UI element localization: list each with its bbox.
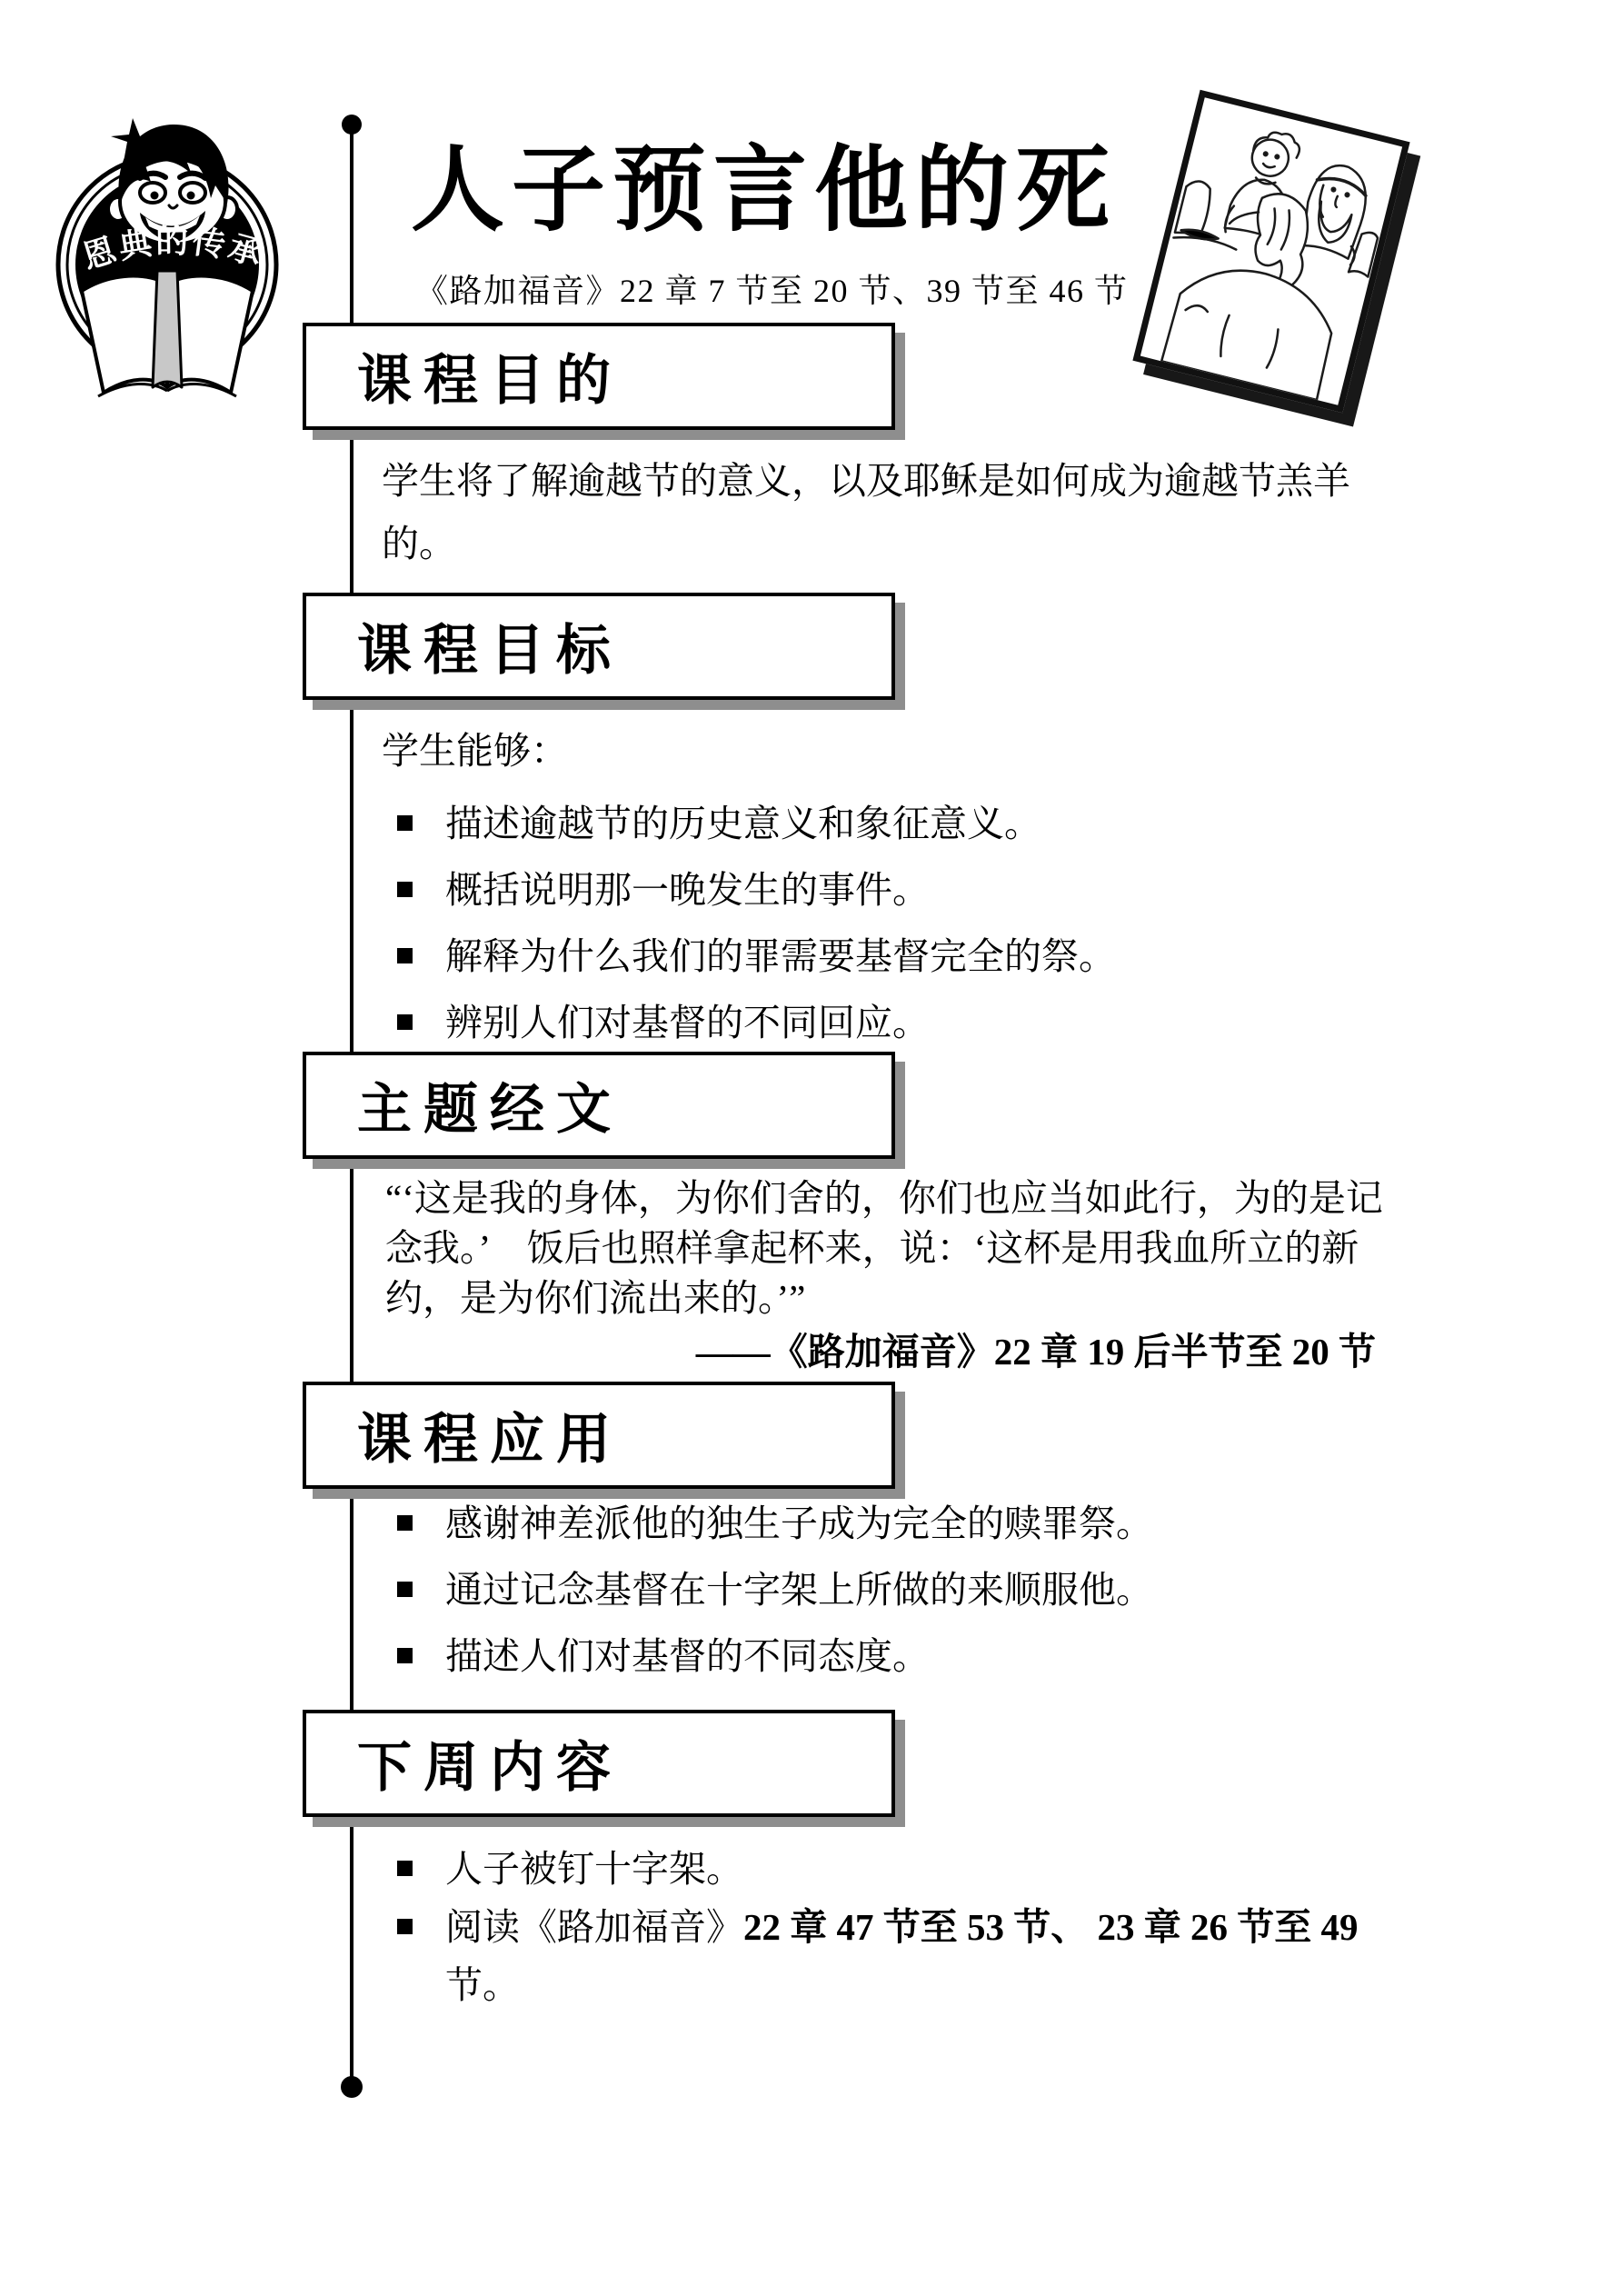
bullet-square-icon [397, 815, 413, 831]
objectives-block: 学生能够： 描述逾越节的历史意义和象征意义。 概括说明那一晚发生的事件。 解释为… [382, 725, 1381, 1046]
reading-references: 22 章 47 节至 53 节、 23 章 26 节至 49 [743, 1906, 1359, 1948]
last-supper-illustration [1140, 97, 1402, 404]
bullet-text: 辨别人们对基督的不同回应。 [445, 999, 1381, 1046]
list-item: 人子被钉十字架。 [382, 1840, 1399, 1898]
scripture-block: “‘这是我的身体，为你们舍的，你们也应当如此行，为的是记念我。’ 饭后也照样拿起… [385, 1173, 1389, 1377]
section-heading-objectives: 课程目标 [357, 607, 622, 685]
list-item: 描述人们对基督的不同态度。 [382, 1632, 1381, 1680]
bullet-square-icon [397, 1919, 413, 1934]
list-item: 辨别人们对基督的不同回应。 [382, 999, 1381, 1046]
timeline-dot-bottom [341, 2076, 363, 2098]
reading-assignment: 阅读《路加福音》22 章 47 节至 53 节、 23 章 26 节至 49节。 [445, 1898, 1399, 2014]
lesson-page: 恩典的传承 人子预言他的死 《路加福音》22 章 7 节至 20 节、39 节至… [0, 0, 1623, 2296]
scripture-quote: “‘这是我的身体，为你们舍的，你们也应当如此行，为的是记念我。’ 饭后也照样拿起… [385, 1173, 1389, 1323]
bullet-text: 通过记念基督在十字架上所做的来顺服他。 [445, 1566, 1381, 1613]
bullet-square-icon [397, 882, 413, 897]
bullet-text: 人子被钉十字架。 [445, 1840, 1399, 1898]
section-heading-box-next-week: 下周内容 [303, 1710, 895, 1817]
section-heading-box-application: 课程应用 [303, 1382, 895, 1489]
bullet-text: 解释为什么我们的罪需要基督完全的祭。 [445, 933, 1381, 980]
section-heading-purpose: 课程目的 [357, 337, 622, 415]
section-heading-box-scripture: 主题经文 [303, 1052, 895, 1159]
bullet-text: 描述逾越节的历史意义和象征意义。 [445, 800, 1381, 847]
objectives-list: 描述逾越节的历史意义和象征意义。 概括说明那一晚发生的事件。 解释为什么我们的罪… [382, 800, 1381, 1046]
application-block: 感谢神差派他的独生子成为完全的赎罪祭。 通过记念基督在十字架上所做的来顺服他。 … [382, 1500, 1381, 1680]
reading-wrap: 节。 [445, 1956, 1399, 2014]
bullet-square-icon [397, 1515, 413, 1531]
list-item: 阅读《路加福音》22 章 47 节至 53 节、 23 章 26 节至 49节。 [382, 1898, 1399, 2014]
logo-graphic: 恩典的传承 [45, 111, 282, 424]
grace-heritage-logo: 恩典的传承 [45, 111, 282, 424]
scripture-attribution: ——《路加福音》22 章 19 后半节至 20 节 [385, 1327, 1389, 1377]
list-item: 通过记念基督在十字架上所做的来顺服他。 [382, 1566, 1381, 1613]
section-heading-box-objectives: 课程目标 [303, 593, 895, 700]
objectives-intro: 学生能够： [382, 725, 1381, 776]
next-week-block: 人子被钉十字架。 阅读《路加福音》22 章 47 节至 53 节、 23 章 2… [382, 1840, 1399, 2014]
page-subtitle: 《路加福音》22 章 7 节至 20 节、39 节至 46 节 [415, 265, 1129, 312]
list-item: 描述逾越节的历史意义和象征意义。 [382, 800, 1381, 847]
reading-prefix: 阅读《路加福音》 [445, 1906, 743, 1948]
bullet-text: 描述人们对基督的不同态度。 [445, 1632, 1381, 1680]
section-heading-box-purpose: 课程目的 [303, 323, 895, 430]
list-item: 感谢神差派他的独生子成为完全的赎罪祭。 [382, 1500, 1381, 1547]
section-heading-next-week: 下周内容 [357, 1724, 622, 1802]
bullet-square-icon [397, 1861, 413, 1876]
logo-open-book-icon [82, 271, 253, 396]
section-heading-scripture: 主题经文 [357, 1066, 622, 1144]
purpose-paragraph: 学生将了解逾越节的意义，以及耶稣是如何成为逾越节羔羊的。 [382, 450, 1372, 575]
list-item: 解释为什么我们的罪需要基督完全的祭。 [382, 933, 1381, 980]
section-heading-application: 课程应用 [357, 1396, 622, 1474]
next-week-list: 人子被钉十字架。 阅读《路加福音》22 章 47 节至 53 节、 23 章 2… [382, 1840, 1399, 2014]
bullet-square-icon [397, 1582, 413, 1597]
list-item: 概括说明那一晚发生的事件。 [382, 866, 1381, 913]
bullet-square-icon [397, 1014, 413, 1030]
bullet-text: 感谢神差派他的独生子成为完全的赎罪祭。 [445, 1500, 1381, 1547]
page-title: 人子预言他的死 [411, 133, 1117, 250]
timeline-dot-top [342, 115, 362, 135]
bullet-square-icon [397, 948, 413, 963]
application-list: 感谢神差派他的独生子成为完全的赎罪祭。 通过记念基督在十字架上所做的来顺服他。 … [382, 1500, 1381, 1680]
last-supper-picture [1132, 90, 1409, 413]
bullet-square-icon [397, 1648, 413, 1663]
bullet-text: 概括说明那一晚发生的事件。 [445, 866, 1381, 913]
